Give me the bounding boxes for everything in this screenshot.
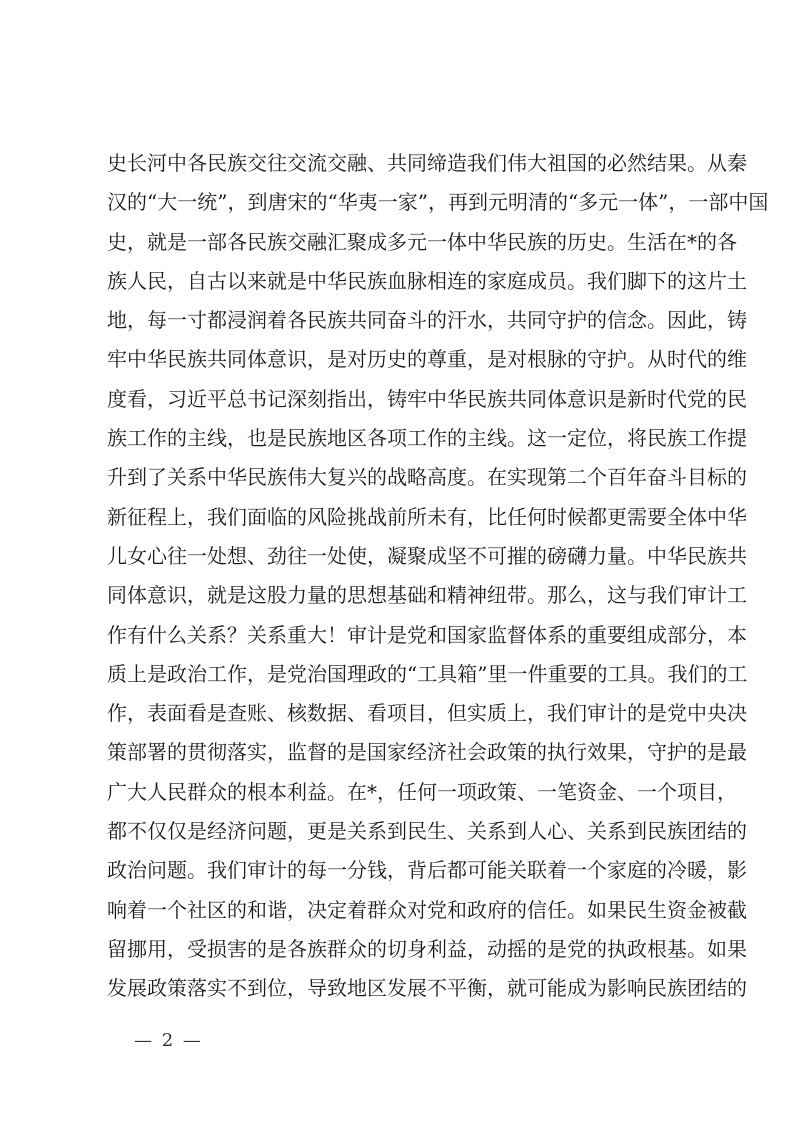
text-line: 牢中华民族共同体意识，是对历史的尊重，是对根脉的守护。从时代的维 — [107, 340, 697, 379]
text-line: 质上是政治工作，是党治国理政的“工具箱”里一件重要的工具。我们的工 — [107, 655, 697, 694]
text-line: 作，表面看是查账、核数据、看项目，但实质上，我们审计的是党中央决 — [107, 694, 697, 733]
text-line: 留挪用，受损害的是各族群众的切身利益，动摇的是党的执政根基。如果 — [107, 930, 697, 969]
text-line: 发展政策落实不到位，导致地区发展不平衡，就可能成为影响民族团结的 — [107, 969, 697, 1008]
text-line: 政治问题。我们审计的每一分钱，背后都可能关联着一个家庭的冷暖，影 — [107, 851, 697, 890]
text-line: 度看，习近平总书记深刻指出，铸牢中华民族共同体意识是新时代党的民 — [107, 380, 697, 419]
text-line: 地，每一寸都浸润着各民族共同奋斗的汗水，共同守护的信念。因此，铸 — [107, 301, 697, 340]
text-line: 新征程上，我们面临的风险挑战前所未有，比任何时候都更需要全体中华 — [107, 498, 697, 537]
text-line: 族工作的主线，也是民族地区各项工作的主线。这一定位，将民族工作提 — [107, 419, 697, 458]
text-line: 广大人民群众的根本利益。在*，任何一项政策、一笔资金、一个项目， — [107, 773, 697, 812]
text-line: 汉的“大一统”，到唐宋的“华夷一家”，再到元明清的“多元一体”，一部中国 — [107, 183, 697, 222]
text-line: 同体意识，就是这股力量的思想基础和精神纽带。那么，这与我们审计工 — [107, 576, 697, 615]
page-number: — 2 — — [134, 1030, 203, 1051]
text-line: 族人民，自古以来就是中华民族血脉相连的家庭成员。我们脚下的这片土 — [107, 262, 697, 301]
text-line: 升到了关系中华民族伟大复兴的战略高度。在实现第二个百年奋斗目标的 — [107, 458, 697, 497]
text-line: 史长河中各民族交往交流交融、共同缔造我们伟大祖国的必然结果。从秦 — [107, 144, 697, 183]
text-line: 史，就是一部各民族交融汇聚成多元一体中华民族的历史。生活在*的各 — [107, 223, 697, 262]
text-line: 儿女心往一处想、劲往一处使，凝聚成坚不可摧的磅礴力量。中华民族共 — [107, 537, 697, 576]
document-page: 史长河中各民族交往交流交融、共同缔造我们伟大祖国的必然结果。从秦 汉的“大一统”… — [0, 0, 793, 1122]
text-line: 都不仅仅是经济问题，更是关系到民生、关系到人心、关系到民族团结的 — [107, 812, 697, 851]
text-line: 作有什么关系？关系重大！审计是党和国家监督体系的重要组成部分，本 — [107, 616, 697, 655]
body-text: 史长河中各民族交往交流交融、共同缔造我们伟大祖国的必然结果。从秦 汉的“大一统”… — [107, 144, 697, 1009]
text-line: 策部署的贯彻落实，监督的是国家经济社会政策的执行效果，守护的是最 — [107, 733, 697, 772]
text-line: 响着一个社区的和谐，决定着群众对党和政府的信任。如果民生资金被截 — [107, 891, 697, 930]
